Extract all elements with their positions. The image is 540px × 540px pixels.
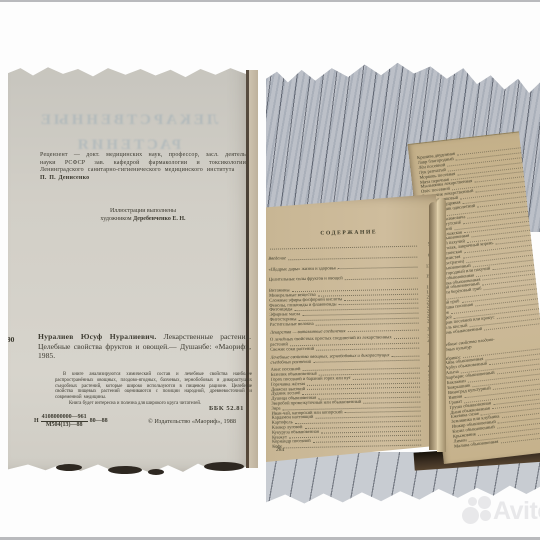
left-page-spine-edge <box>249 70 258 468</box>
catalog-entry: Нуралиев Юсуф Нуралиевич. Лекарственные … <box>38 332 251 361</box>
avito-logo-dot <box>462 507 479 524</box>
toc-row: Введение 6 <box>268 253 430 261</box>
page-curl <box>437 198 446 452</box>
contents-left-page: СОДЕРЖАНИЕ 5 Введение 6 <box>266 194 436 462</box>
illustrations-line2: художником Деребенченко Е. Н. <box>53 216 233 224</box>
avito-logo-icon <box>462 496 492 526</box>
dotted-leader <box>345 278 418 281</box>
publishing-code: Н 4108000000—961 М504(13)—88 80—88 <box>34 414 108 428</box>
page-folio-number: 284 <box>276 447 284 453</box>
toc-label: съедобных растений <box>270 359 311 365</box>
annotation-paragraph: В книге анализируются химический состав … <box>55 372 252 401</box>
avito-watermark: Avito <box>462 496 538 528</box>
avito-logo-dot <box>478 496 491 509</box>
catalog-author: Нуралиев Юсуф Нуралиевич. <box>38 332 156 341</box>
code-fraction: 4108000000—961 М504(13)—88 <box>41 414 88 428</box>
table-of-contents: СОДЕРЖАНИЕ 5 Введение 6 <box>268 228 435 449</box>
photo-frame-top-line <box>0 0 540 2</box>
toc-row: «Щедрые дары» жизни и здоровья 13 <box>268 264 430 272</box>
torn-edge-shadow <box>108 466 142 474</box>
reviewer-paragraph: Рецензент — докт. медицинских наук, проф… <box>40 152 246 182</box>
illustrations-credit: Иллюстрации выполнены художником Деребен… <box>53 208 233 223</box>
dotted-leader <box>316 347 419 350</box>
copyright-line: © Издательство «Маориф», 1988 <box>148 418 236 425</box>
toc-label: Свежие соки растений <box>270 347 314 353</box>
illustrations-artist: Деребенченко Е. Н. <box>133 216 185 222</box>
toc-row: Лекарства — витаминные соединения 30 <box>270 327 432 335</box>
reviewer-name: П. П. Денисенко <box>40 175 246 183</box>
code-numerator: 4108000000—961 <box>41 414 88 422</box>
torn-edge-shadow <box>148 469 164 475</box>
open-book-contents-photo: Крапива двудомная Лавр благородный Лён п… <box>266 54 540 510</box>
avito-wordmark: Avito <box>493 497 540 526</box>
illustrations-prefix: художником <box>100 216 133 222</box>
contents-heading: СОДЕРЖАНИЕ <box>268 228 430 237</box>
code-prefix: Н <box>34 418 39 424</box>
toc-rows: 5 Введение 6 «Щедрые дары» жизни и здоро… <box>268 242 434 449</box>
fruits-list: Абрикос Айва обыкновенная Арбуз обыкнове… <box>444 346 540 450</box>
torn-edge-shadow <box>56 464 82 471</box>
dotted-leader <box>288 256 417 260</box>
dotted-leader <box>316 322 419 325</box>
toc-row: Целительные силы фруктов и овощей 15 <box>269 275 431 283</box>
dotted-leader <box>284 444 421 448</box>
toc-row: 5 <box>268 242 430 250</box>
avito-logo-dot <box>468 497 477 506</box>
left-book-page-photo: ЛЕКАРСТВЕННЫЕ РАСТЕНИЯ Рецензент — докт.… <box>8 64 258 476</box>
avito-logo-dot <box>480 510 491 521</box>
code-suffix: 80—88 <box>90 418 108 424</box>
toc-label: Введение <box>268 256 286 261</box>
dotted-leader <box>313 360 419 363</box>
dotted-leader <box>270 245 417 249</box>
torn-edge-shadow <box>204 462 244 471</box>
toc-label: «Щедрые дары» жизни и здоровья <box>268 266 336 272</box>
toc-label: Растительные волокна <box>270 322 314 328</box>
margin-catalog-code: Н90 <box>8 335 14 344</box>
toc-label: Лекарства — витаминные соединения <box>270 329 346 335</box>
code-denominator: М504(13)—88 <box>41 422 88 429</box>
dotted-leader <box>338 267 418 270</box>
illustrations-line1: Иллюстрации выполнены <box>53 208 233 216</box>
dotted-leader <box>347 330 418 332</box>
toc-label: Целительные силы фруктов и овощей <box>269 277 343 283</box>
bleedthrough-title-text: ЛЕКАРСТВЕННЫЕ РАСТЕНИЯ <box>18 108 238 158</box>
bbk-classification: ББК 52.81 <box>8 405 244 412</box>
reviewer-text: Рецензент — докт. медицинских наук, проф… <box>40 152 246 173</box>
bleedthrough-line1: ЛЕКАРСТВЕННЫЕ <box>18 108 238 133</box>
